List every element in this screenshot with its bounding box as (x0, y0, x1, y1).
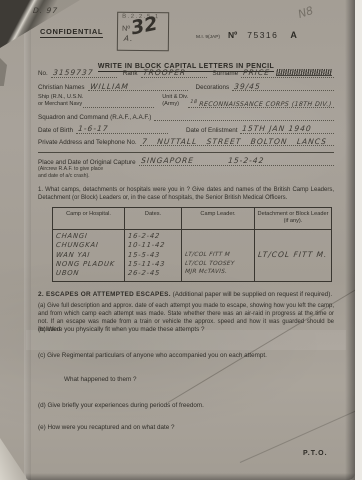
christian-names-label: Christian Names (38, 84, 88, 91)
table-cell-detachment (255, 268, 331, 281)
date-of-birth-label: Date of Birth (38, 127, 76, 134)
table-cell-leader: LT/COL TOOSEY (182, 259, 255, 269)
enlistment-value: 15TH JAN 1940 (242, 125, 312, 134)
service-no-value: 3159737 (52, 69, 93, 78)
form-body: No. 3159737 Rank TROOPER Surname PRICE C… (38, 68, 334, 480)
ship-label: Ship (R.N., U.S.N. or Merchant Navy (38, 94, 83, 108)
table-cell-dates: 16-2-42 (125, 230, 182, 240)
row-ship-unit: Ship (R.N., U.S.N. or Merchant Navy Unit… (38, 94, 334, 108)
table-cell-detachment (255, 239, 331, 249)
left-edge-tear-mark (0, 58, 7, 86)
capture-date-value: 15-2-42 (227, 157, 264, 166)
row-birth-enlistment: Date of Birth 1-6-17 Date of Enlistment … (38, 124, 334, 134)
col-header-detachment: Detachment or Block Leader (if any). (255, 208, 331, 230)
confidential-label: CONFIDENTIAL (40, 27, 103, 38)
question-2c-text: (c) Give Regimental particulars of anyon… (38, 352, 267, 359)
row-no-rank-surname: No. 3159737 Rank TROOPER Surname PRICE (38, 68, 334, 78)
date-of-birth-value: 1-6-17 (78, 125, 109, 134)
decorations-value: 39/45 (234, 83, 262, 92)
ref-copy-letter: A (290, 30, 297, 40)
capture-place-value: SINGAPORE (140, 157, 194, 166)
stamp-no-label: Nº (122, 24, 130, 33)
unit-superscript: 18 (190, 99, 198, 105)
question-2c-followup-text: What happened to them ? (64, 376, 136, 383)
table-cell-camp: CHANGI (53, 230, 125, 240)
unit-label: Unit & Div. (Army) (162, 94, 188, 108)
enlistment-label: Date of Enlistment (186, 127, 240, 134)
table-cell-camp: WAN YAI (53, 249, 125, 259)
surname-value: PRICE (243, 69, 271, 78)
rank-value: TROOPER (142, 69, 186, 78)
ref-number: 75316 (247, 30, 278, 40)
table-cell-dates: 15-5-43 (125, 249, 182, 259)
table-cell-camp: UBON (53, 268, 125, 281)
table-cell-camp: CHUNGKAI (53, 239, 125, 249)
scanned-document: D. 97 CONFIDENTIAL B.2.2.5.1 Nº A. 32 M.… (0, 0, 362, 480)
left-torn-edge (24, 0, 31, 480)
stamp-handwritten-number: 32 (129, 13, 159, 40)
table-cell-leader: MJR McTAVIS. (182, 268, 255, 281)
capture-sublabel: (Aircrew R.A.F. to give place (38, 166, 334, 173)
question-2e-text: (e) How were you recaptured and on what … (38, 424, 175, 431)
page-turn-over-label: P.T.O. (303, 450, 328, 457)
christian-names-value: WILLIAM (89, 83, 129, 92)
right-page-shadow (345, 0, 355, 480)
capture-sublabel: and date of a/c crash). (38, 173, 334, 180)
decorations-label: Decorations (196, 84, 233, 91)
question-2-heading: 2. ESCAPES OR ATTEMPTED ESCAPES. (Additi… (38, 291, 334, 298)
question-2d-text: (d) Give briefly your experiences during… (38, 402, 204, 409)
table-cell-detachment (255, 230, 331, 240)
address-value: 7 NUTTALL STREET BOLTON LANCS (141, 138, 327, 147)
service-no-label: No. (38, 70, 51, 77)
col-header-camp: Camp or Hospital. (53, 208, 125, 230)
question-2-title: 2. ESCAPES OR ATTEMPTED ESCAPES. (38, 291, 171, 298)
table-cell-detachment: LT/COL FITT M. (255, 249, 331, 259)
question-2b-text: (b) Were you physically fit when you mad… (38, 326, 204, 333)
col-header-leader: Camp Leader. (182, 208, 255, 230)
capture-label: Place and Date of Original Capture (38, 159, 139, 166)
pencil-corner-note: D. 97 (33, 6, 59, 15)
scanner-background (355, 0, 362, 480)
table-cell-leader (182, 230, 255, 240)
rank-label: Rank (123, 70, 141, 77)
row-squadron: Squadron and Command (R.A.F., A.A.F.) (38, 112, 334, 121)
surname-label: Surname (213, 70, 242, 77)
question-2-note: (Additional paper will be supplied on re… (173, 291, 333, 298)
row-capture: Place and Date of Original Capture SINGA… (38, 156, 334, 166)
question-1-text: 1. What camps, detachments or hospitals … (38, 186, 334, 202)
table-cell-dates: 26-2-45 (125, 268, 182, 281)
table-cell-leader (182, 239, 255, 249)
col-header-dates: Dates. (125, 208, 182, 230)
camp-table: Camp or Hospital. Dates. Camp Leader. De… (52, 207, 332, 282)
table-cell-detachment (255, 259, 331, 269)
section-divider (38, 152, 334, 153)
table-cell-camp: NONG PLADUK (53, 259, 125, 269)
address-label: Private Address and Telephone No. (38, 139, 140, 146)
row-address: Private Address and Telephone No. 7 NUTT… (38, 137, 334, 147)
table-cell-dates: 10-11-42 (125, 239, 182, 249)
row-names-decorations: Christian Names WILLIAM Decorations 39/4… (38, 82, 334, 92)
unit-value: 18RECONNAISSANCE CORPS (18TH DIV.) (190, 100, 333, 108)
crossed-out-name-scribble (276, 69, 332, 76)
pencil-note-top-right: N8 (296, 4, 315, 21)
ref-no-label: Nº (228, 30, 237, 40)
registry-stamp-box: B.2.2.5.1 Nº A. 32 (117, 12, 169, 52)
table-cell-dates: 15-11-43 (125, 259, 182, 269)
table-cell-leader: LT/COL FITT M (182, 249, 255, 259)
squadron-label: Squadron and Command (R.A.F., A.A.F.) (38, 114, 154, 121)
file-reference: M.I. 9(JAP) Nº 75316 A (196, 30, 297, 40)
ref-org-label: M.I. 9(JAP) (196, 35, 220, 40)
